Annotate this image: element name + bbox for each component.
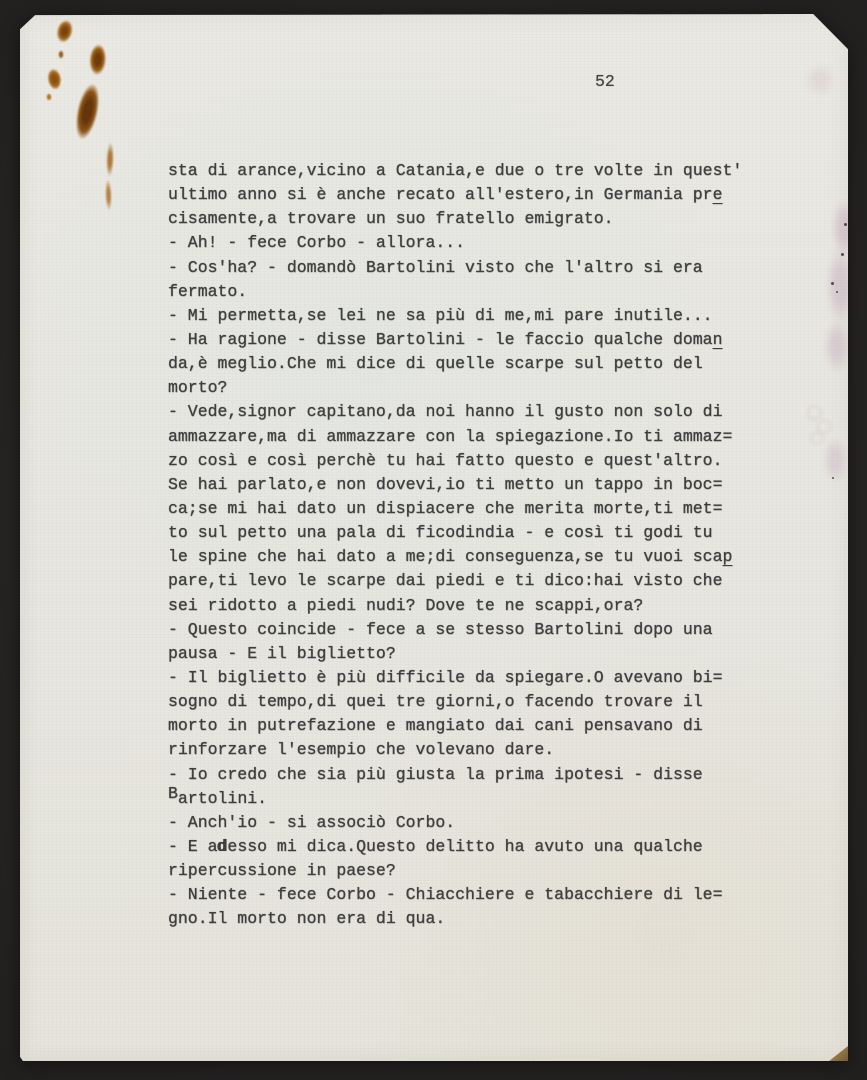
ink-speck [832, 477, 834, 479]
text-line: Bartolini. [168, 787, 778, 811]
rust-stain [88, 43, 108, 83]
ink-speck [844, 223, 847, 226]
text-line: ca;se mi hai dato un dispiacere che meri… [168, 497, 778, 521]
text-line: - Io credo che sia più giusta la prima i… [168, 763, 778, 787]
text-line: ripercussione in paese? [168, 859, 778, 883]
ink-speck [836, 291, 838, 293]
text-line: - Il biglietto è più difficile da spiega… [168, 666, 778, 690]
text-line: - Questo coincide - fece a se stesso Bar… [168, 618, 778, 642]
text-line: da,è meglio.Che mi dice di quelle scarpe… [168, 352, 778, 376]
text-line: - Niente - fece Corbo - Chiacchiere e ta… [168, 883, 778, 907]
text-line: sta di arance,vicino a Catania,e due o t… [168, 159, 778, 183]
text-line: sogno di tempo,di quei tre giorni,o face… [168, 690, 778, 714]
rust-stain [46, 93, 52, 101]
text-line: - Anch'io - si associò Corbo. [168, 811, 778, 835]
text-line: ultimo anno si è anche recato all'estero… [168, 183, 778, 207]
text-line: sei ridotto a piedi nudi? Dove te ne sca… [168, 594, 778, 618]
rust-stain [54, 15, 76, 44]
rust-stain [45, 62, 63, 91]
text-line: pausa - E il biglietto? [168, 642, 778, 666]
page-number: 52 [595, 72, 615, 92]
rust-stain [105, 142, 114, 177]
text-line: - Vede,signor capitano,da noi hanno il g… [168, 400, 778, 424]
text-line: zo così e così perchè tu hai fatto quest… [168, 449, 778, 473]
text-line: to sul petto una pala di ficodindia - e … [168, 521, 778, 545]
text-line: - E adesso mi dica.Questo delitto ha avu… [168, 835, 778, 859]
purple-stain [826, 247, 854, 325]
text-line: - Ha ragione - disse Bartolini - le facc… [168, 328, 778, 352]
text-line: cisamente,a trovare un suo fratello emig… [168, 207, 778, 231]
purple-stain [805, 63, 835, 97]
rust-stain [104, 179, 112, 211]
purple-stain [824, 319, 850, 373]
rust-stain [58, 50, 64, 59]
scanner-background: 52 sta di arance,vicino a Catania,e due … [0, 0, 867, 1080]
text-line: morto in putrefazione e mangiato dai can… [168, 714, 778, 738]
folded-corner [829, 1046, 848, 1061]
document-page: 52 sta di arance,vicino a Catania,e due … [20, 13, 848, 1061]
paper-shadow-wrap: 52 sta di arance,vicino a Catania,e due … [20, 13, 848, 1061]
text-line: - Mi permetta,se lei ne sa più di me,mi … [168, 304, 778, 328]
text-line: rinforzare l'esempio che volevano dare. [168, 738, 778, 762]
typewritten-text: sta di arance,vicino a Catania,e due o t… [168, 159, 778, 932]
text-line: fermato. [168, 280, 778, 304]
purple-stain [823, 437, 847, 483]
text-line: pare,ti levo le scarpe dai piedi e ti di… [168, 569, 778, 593]
text-line: Se hai parlato,e non dovevi,io ti metto … [168, 473, 778, 497]
text-line: gno.Il morto non era di qua. [168, 907, 778, 931]
text-line: le spine che hai dato a me;di conseguenz… [168, 545, 778, 569]
text-line: morto? [168, 376, 778, 400]
rust-stain [71, 81, 103, 141]
ink-speck [831, 282, 834, 285]
purple-stain [832, 199, 856, 257]
text-line: - Ah! - fece Corbo - allora... [168, 231, 778, 255]
text-line: ammazzare,ma di ammazzare con la spiegaz… [168, 425, 778, 449]
text-line: - Cos'ha? - domandò Bartolini visto che … [168, 256, 778, 280]
ink-speck [841, 253, 844, 256]
purple-stain [806, 399, 834, 445]
